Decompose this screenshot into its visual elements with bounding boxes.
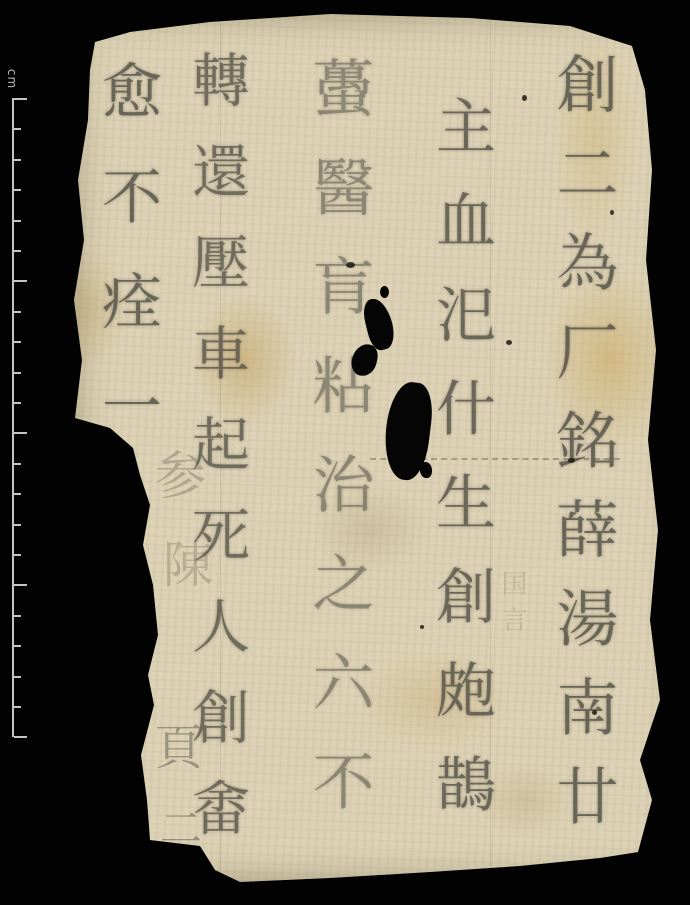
manuscript-fragment: 創二為厂銘薛湯南廿 主血汜什生創皰鵲 蠆醫肓粘治之六不 轉還壓車起死人創畬 愈不… bbox=[70, 10, 685, 885]
ghost-text-1: 国言 bbox=[494, 570, 531, 642]
ink-speck bbox=[522, 95, 527, 101]
text-column-3: 蠆醫肓粘治之六不 bbox=[294, 56, 383, 848]
ruler-tick bbox=[14, 554, 21, 556]
photograph-stage: cm 創二為厂銘薛湯南廿 主血汜什生創皰鵲 蠆醫肓粘治之六不 轉還壓車起死人創畬… bbox=[0, 0, 690, 905]
ruler-tick bbox=[14, 706, 21, 708]
ink-speck bbox=[80, 618, 88, 624]
ink-speck bbox=[610, 210, 614, 215]
ruler-tick bbox=[14, 280, 27, 282]
ink-speck bbox=[346, 262, 355, 268]
ink-speck bbox=[506, 340, 512, 345]
faint-character-3: 頁 bbox=[140, 722, 209, 770]
ruler-scale bbox=[12, 98, 14, 737]
faint-character-2: 陳 bbox=[148, 538, 220, 588]
text-column-5: 愈不痊一 bbox=[84, 60, 170, 480]
ruler-tick bbox=[14, 584, 27, 586]
ruler-tick bbox=[14, 372, 21, 374]
ruler-tick bbox=[14, 524, 21, 526]
ruler-unit-label: cm bbox=[5, 69, 19, 89]
paper-hole bbox=[380, 286, 389, 298]
ruler-tick bbox=[14, 736, 27, 738]
ink-speck bbox=[568, 458, 575, 463]
ruler-tick bbox=[14, 645, 21, 647]
ruler-tick bbox=[14, 676, 21, 678]
ruler-tick bbox=[14, 493, 21, 495]
ruler-tick bbox=[14, 432, 27, 434]
ruler-tick bbox=[14, 463, 21, 465]
paper-hole bbox=[420, 462, 432, 478]
ruler-tick bbox=[14, 615, 21, 617]
ink-speck bbox=[420, 625, 424, 629]
ruler-tick bbox=[14, 189, 21, 191]
ruler-tick bbox=[14, 128, 21, 130]
ruler-tick bbox=[14, 98, 27, 100]
ruler-tick bbox=[14, 402, 21, 404]
ruler-tick bbox=[14, 250, 21, 252]
ruler-tick bbox=[14, 159, 21, 161]
ruler-tick bbox=[14, 341, 21, 343]
ghost-text-2: 丁 bbox=[570, 440, 601, 470]
faint-character-4: 二 bbox=[148, 806, 208, 848]
faint-character-1: 参 bbox=[138, 448, 213, 500]
ink-speck bbox=[592, 710, 597, 715]
ruler-tick bbox=[14, 220, 21, 222]
ruler-tick bbox=[14, 311, 21, 313]
